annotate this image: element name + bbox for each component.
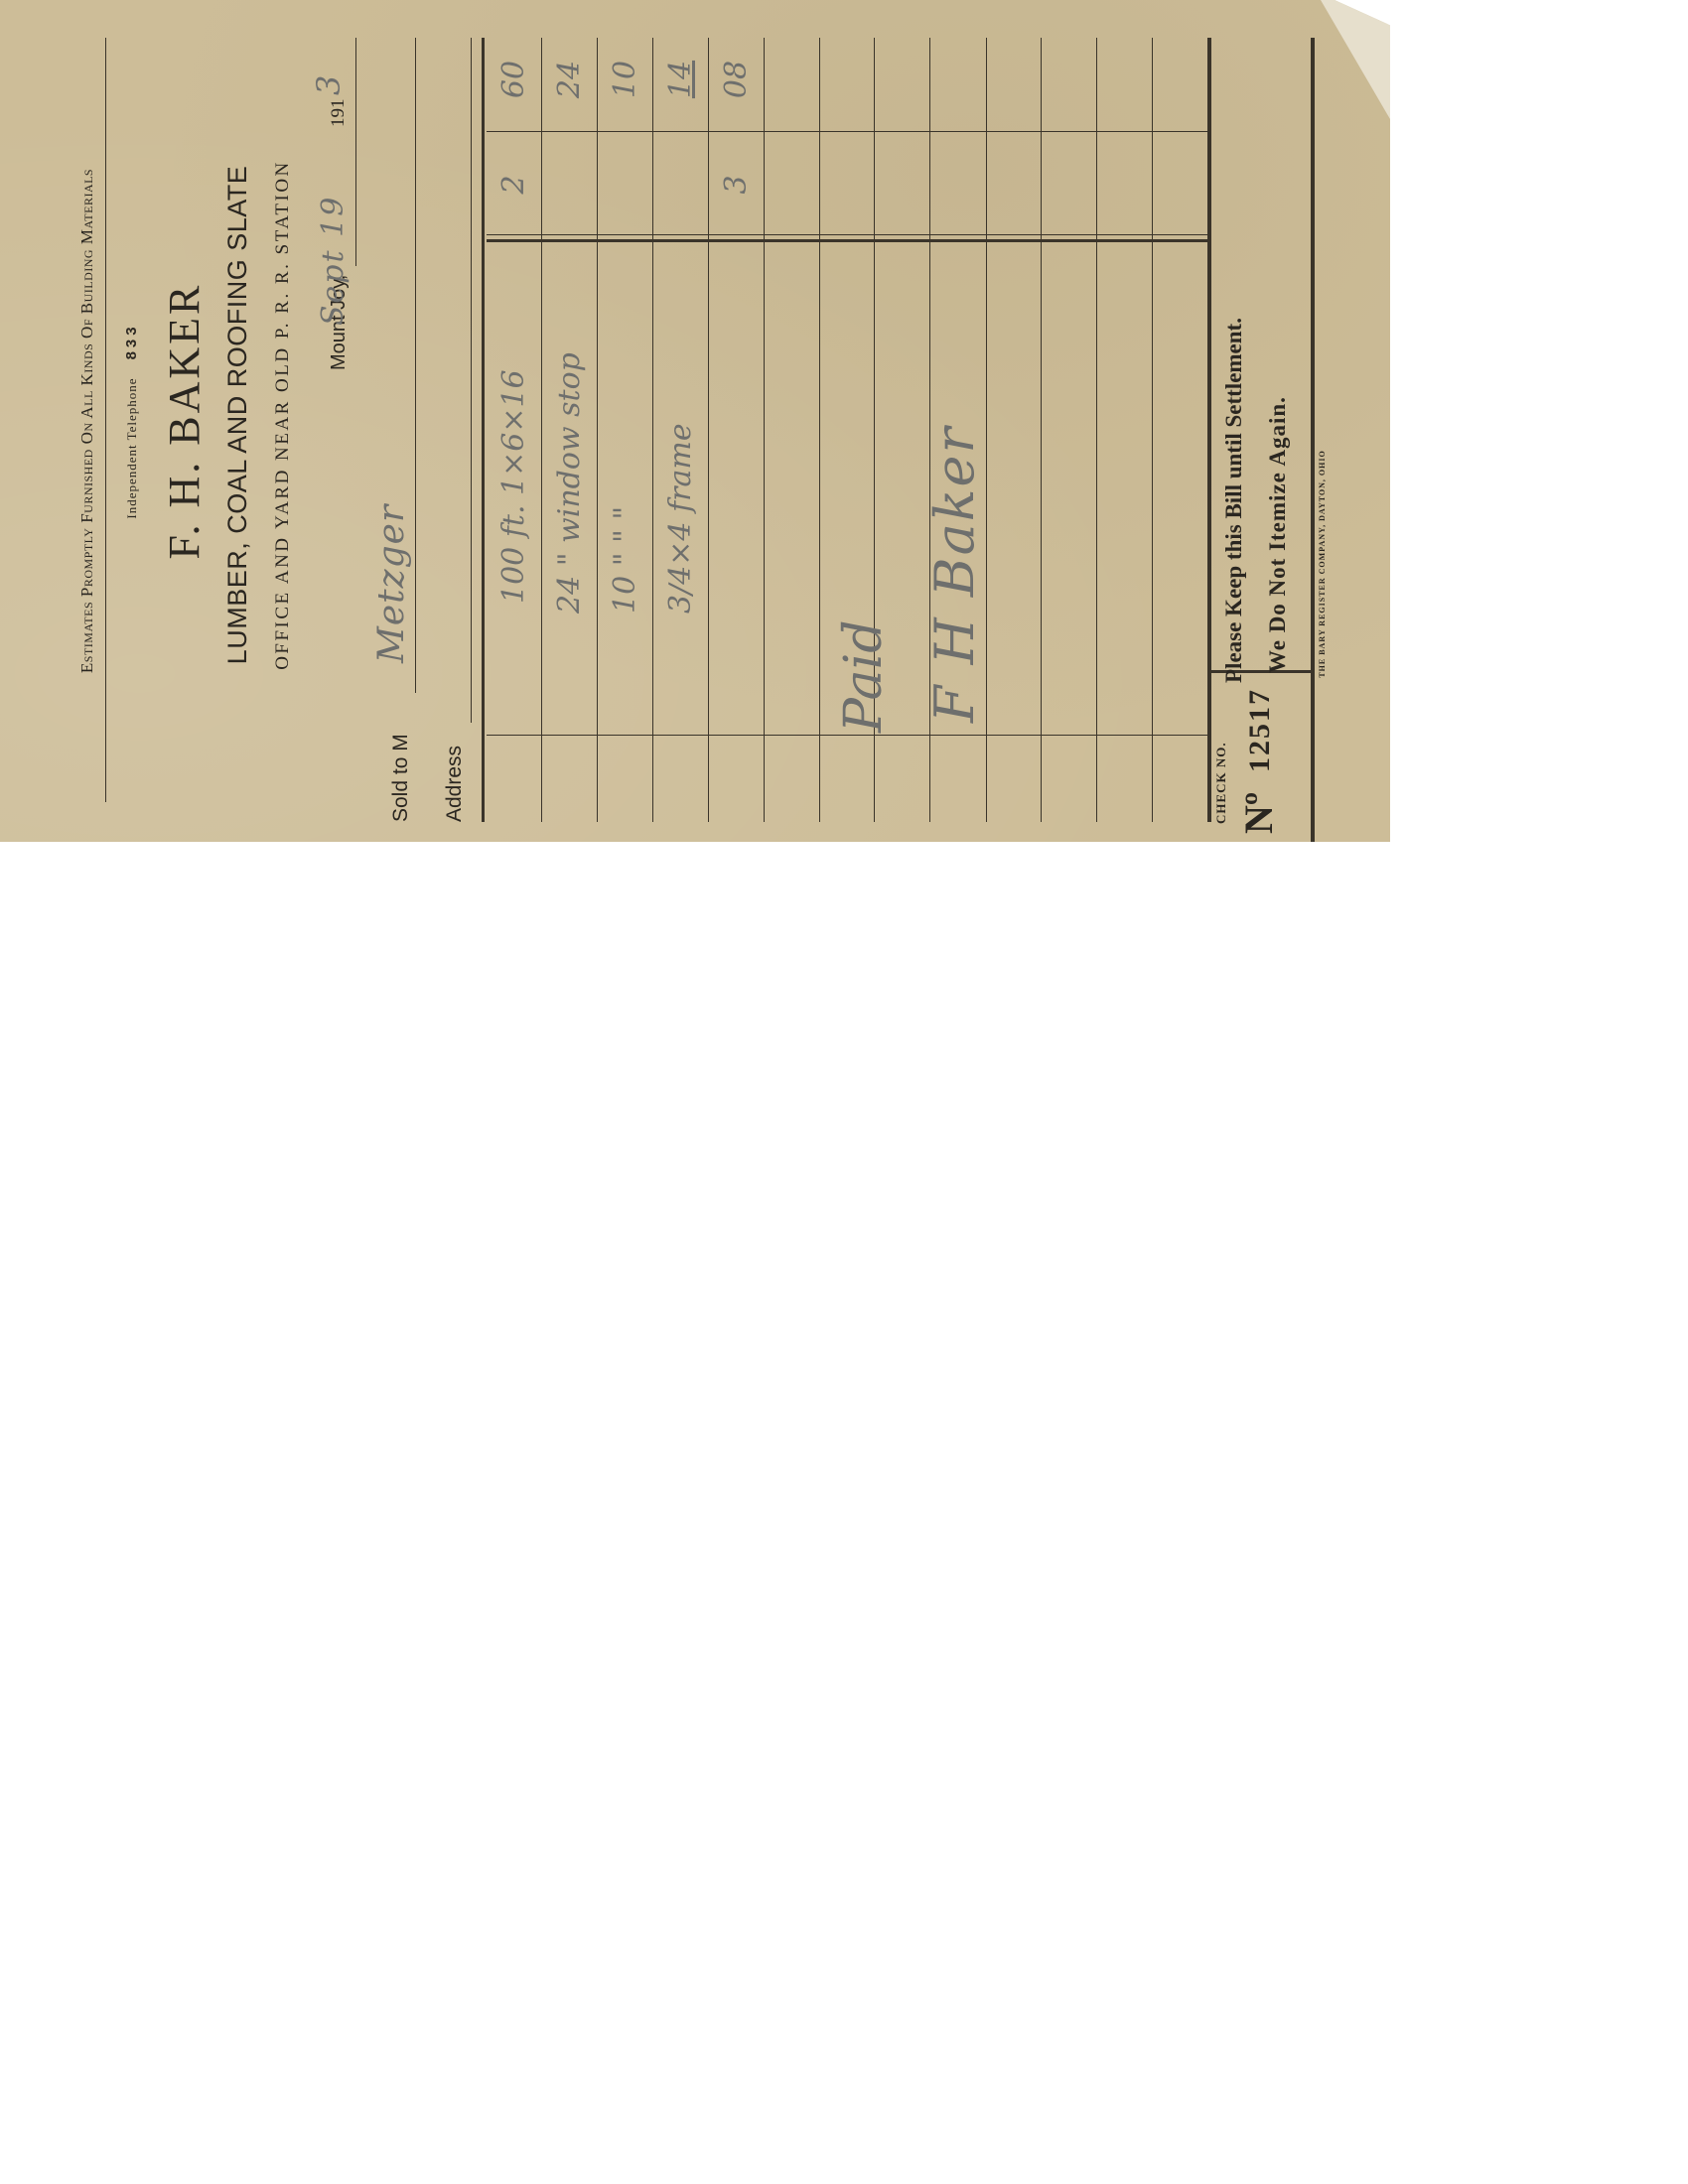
telephone-number: 833 bbox=[123, 323, 140, 359]
line-item-description: 10 " " " bbox=[608, 506, 642, 614]
handwritten-date: Sept 19 bbox=[316, 196, 351, 326]
footer-keep-bill-notice: Please Keep this Bill until Settlement. bbox=[1221, 8, 1247, 683]
dollars-column-divider-inner bbox=[487, 234, 1207, 235]
printer-imprint: THE BARY REGISTER COMPANY, DAYTON, OHIO bbox=[1318, 286, 1327, 842]
line-item-cents: 60 bbox=[496, 30, 531, 129]
handwritten-year-digit: 3 bbox=[310, 75, 348, 95]
paid-annotation: Paid bbox=[834, 619, 894, 733]
cents-column-divider bbox=[487, 131, 1207, 132]
line-item-dollars: 2 bbox=[496, 135, 531, 234]
footer-itemize-notice: We Do Not Itemize Again. bbox=[1265, 18, 1291, 673]
telephone-line: Independent Telephone833 bbox=[123, 0, 140, 842]
business-address: OFFICE AND YARD NEAR OLD P. R. R. STATIO… bbox=[272, 28, 294, 802]
footer-bottom-thick-rule bbox=[1311, 38, 1315, 842]
dollars-column-divider bbox=[487, 239, 1207, 242]
address-double-rule bbox=[482, 38, 485, 822]
grid-row-line bbox=[819, 38, 820, 822]
total-dollars: 3 bbox=[719, 135, 754, 234]
check-number: 12517 bbox=[1243, 688, 1277, 772]
grid-row-line bbox=[1152, 38, 1153, 822]
receipt-bill: Estimates Promptly Furnished On All Kind… bbox=[0, 0, 1390, 842]
quantity-column-divider bbox=[487, 735, 1207, 736]
business-name: F. H. BAKER bbox=[159, 0, 210, 842]
grid-row-line bbox=[597, 38, 598, 822]
telephone-label: Independent Telephone bbox=[124, 377, 139, 518]
line-item-description: 3/4×4 frame bbox=[663, 423, 698, 614]
grid-row-line bbox=[652, 38, 653, 822]
grid-row-line bbox=[541, 38, 542, 822]
sold-to-rule bbox=[415, 38, 416, 693]
grid-row-line bbox=[764, 38, 765, 822]
address-rule bbox=[471, 38, 472, 723]
header-rule bbox=[105, 38, 106, 802]
line-item-cents: 10 bbox=[608, 30, 642, 129]
total-cents: 08 bbox=[719, 30, 754, 129]
grid-row-line bbox=[1041, 38, 1042, 822]
line-item-description: 100 ft. 1×6×16 bbox=[496, 369, 531, 604]
check-number-label: CHECK NO. bbox=[1213, 742, 1229, 824]
address-label: Address bbox=[443, 746, 467, 822]
grid-row-line bbox=[708, 38, 709, 822]
grid-bottom-thick-rule bbox=[1207, 38, 1211, 822]
signature: F H Baker bbox=[923, 426, 986, 723]
check-number-prefix: Nº bbox=[1235, 792, 1282, 834]
line-item-description: 24 " window stop bbox=[552, 352, 587, 614]
line-item-cents: 14 bbox=[663, 30, 698, 129]
sold-to-label: Sold to M bbox=[389, 734, 413, 822]
grid-row-line bbox=[1096, 38, 1097, 822]
sold-to-name: Metzger bbox=[371, 504, 412, 663]
business-type: LUMBER, COAL AND ROOFING SLATE bbox=[222, 28, 253, 802]
folded-corner bbox=[1321, 0, 1390, 119]
grid-row-line bbox=[986, 38, 987, 822]
year-prefix: 191 bbox=[328, 99, 350, 128]
date-rule bbox=[355, 38, 356, 266]
estimates-tagline: Estimates Promptly Furnished On All Kind… bbox=[77, 0, 97, 842]
line-item-cents: 24 bbox=[552, 30, 587, 129]
